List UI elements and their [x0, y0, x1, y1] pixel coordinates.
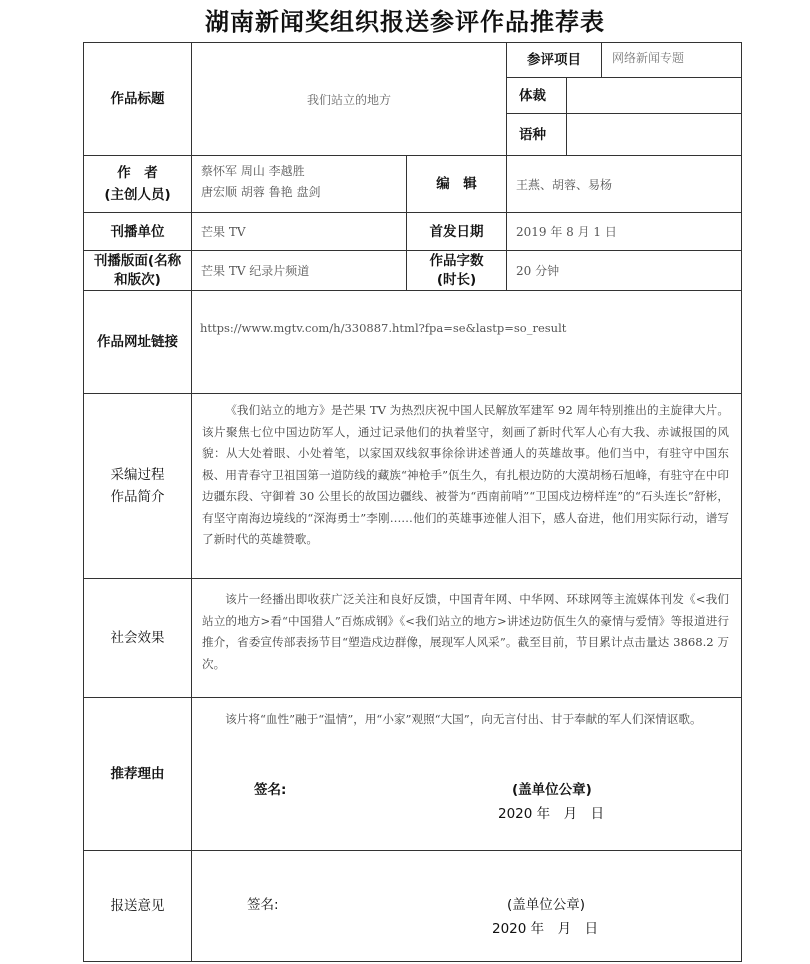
authors-label-line2: (主创人员) — [104, 184, 170, 206]
editors-label: 编 辑 — [406, 155, 507, 213]
publisher-label: 刊播单位 — [83, 212, 192, 251]
summary-text: 《我们站立的地方》是芒果 TV 为热烈庆祝中国人民解放军建军 92 周年特别推出… — [192, 394, 741, 551]
authors-line1: 蔡怀军 周山 李越胜 — [201, 161, 406, 182]
word-count-label-line2: (时长) — [437, 271, 476, 290]
social-effect-label: 社会效果 — [83, 578, 192, 698]
recommendation-seal-label: (盖单位公章) — [512, 778, 592, 798]
word-count-label: 作品字数 (时长) — [406, 250, 507, 291]
language-label: 语种 — [506, 113, 567, 156]
language-value[interactable] — [566, 113, 742, 156]
editors-value[interactable]: 王燕、胡蓉、易杨 — [506, 155, 742, 213]
genre-label: 体裁 — [506, 77, 567, 114]
summary-label-line1: 采编过程 — [111, 464, 165, 486]
recommendation-text: 该片将“血性”融于“温情”，用“小家”观照“大国”，向无言付出、甘于奉献的军人们… — [192, 698, 741, 732]
first-release-date-value[interactable]: 2019 年 8 月 1 日 — [506, 212, 742, 251]
work-title-value-cell[interactable]: 我们站立的地方 — [191, 42, 507, 156]
url-value[interactable]: https://www.mgtv.com/h/330887.html?fpa=s… — [191, 290, 742, 394]
summary-cell[interactable]: 《我们站立的地方》是芒果 TV 为热烈庆祝中国人民解放军建军 92 周年特别推出… — [191, 393, 742, 579]
authors-line2: 唐宏顺 胡蓉 鲁艳 盘剑 — [201, 182, 406, 203]
publisher-value[interactable]: 芒果 TV — [191, 212, 407, 251]
section-label: 刊播版面(名称 和版次) — [83, 250, 192, 291]
form-title: 湖南新闻奖组织报送参评作品推荐表 — [0, 2, 810, 37]
submission-seal-label: (盖单位公章) — [507, 893, 585, 913]
submission-opinion-label: 报送意见 — [83, 850, 192, 962]
recommendation-cell[interactable]: 该片将“血性”融于“温情”，用“小家”观照“大国”，向无言付出、甘于奉献的军人们… — [191, 697, 742, 851]
authors-label: 作 者 (主创人员) — [83, 155, 192, 213]
recommendation-date: 2020 年 月 日 — [498, 802, 604, 822]
section-value[interactable]: 芒果 TV 纪录片频道 — [191, 250, 407, 291]
work-title-value: 我们站立的地方 — [307, 91, 391, 108]
category-value[interactable]: 网络新闻专题 — [601, 42, 742, 78]
section-label-line2: 和版次) — [114, 271, 161, 290]
authors-label-line1: 作 者 — [117, 162, 158, 184]
word-count-label-line1: 作品字数 — [430, 252, 484, 271]
work-title-label: 作品标题 — [83, 42, 192, 156]
first-release-date-label: 首发日期 — [406, 212, 507, 251]
summary-label-line2: 作品简介 — [111, 486, 165, 508]
summary-label: 采编过程 作品简介 — [83, 393, 192, 579]
submission-opinion-cell[interactable]: 签名: (盖单位公章) 2020 年 月 日 — [191, 850, 742, 962]
word-count-value[interactable]: 20 分钟 — [506, 250, 742, 291]
category-label: 参评项目 — [506, 42, 602, 78]
section-label-line1: 刊播版面(名称 — [94, 252, 181, 271]
submission-date: 2020 年 月 日 — [492, 917, 598, 937]
social-effect-cell[interactable]: 该片一经播出即收获广泛关注和良好反馈，中国青年网、中华网、环球网等主流媒体刊发《… — [191, 578, 742, 698]
genre-value[interactable] — [566, 77, 742, 114]
url-label: 作品网址链接 — [83, 290, 192, 394]
recommendation-signature-label: 签名: — [254, 778, 286, 798]
authors-value[interactable]: 蔡怀军 周山 李越胜 唐宏顺 胡蓉 鲁艳 盘剑 — [191, 155, 407, 213]
recommendation-label: 推荐理由 — [83, 697, 192, 851]
social-effect-text: 该片一经播出即收获广泛关注和良好反馈，中国青年网、中华网、环球网等主流媒体刊发《… — [192, 579, 741, 675]
submission-signature-label: 签名: — [247, 893, 279, 913]
